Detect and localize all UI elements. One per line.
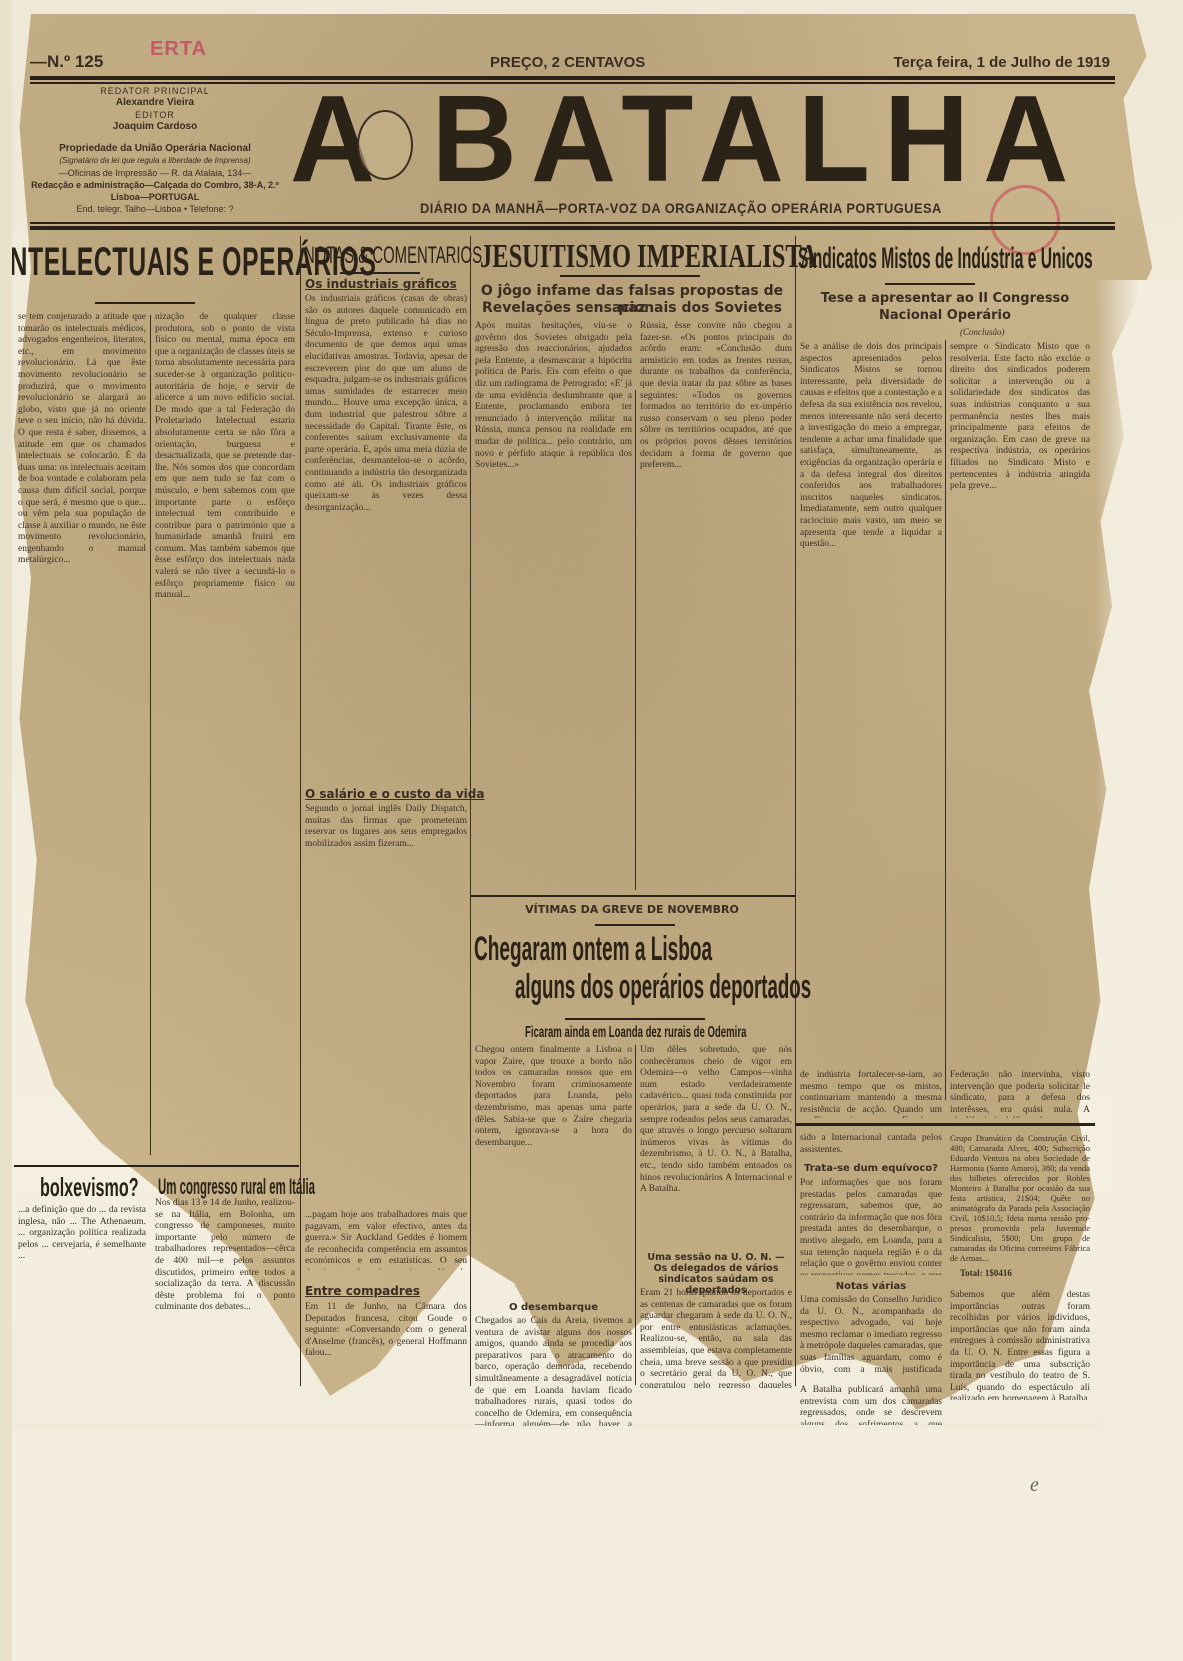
headline-rule — [340, 272, 420, 274]
masthead-bottom-rule — [30, 222, 1115, 224]
column-divider — [300, 236, 301, 1386]
issue-date: Terça feira, 1 de Julho de 1919 — [894, 54, 1111, 71]
sindicatos-col-2-end: Federação não intervinha, visto interven… — [950, 1070, 1090, 1118]
industriais-graficos-text: Os industriais gráficos (casas de obras)… — [305, 294, 467, 784]
column-divider — [795, 236, 796, 1386]
headline-bolxevismo: bolxevismo? — [40, 1172, 139, 1203]
intelectuais-col-1: se tem conjeturado a atitude que tomarão… — [18, 312, 146, 1162]
workshop: —Oficinas de Impressão — R. da Atalaia, … — [30, 167, 280, 179]
tagline: DIÁRIO DA MANHÃ—PORTA-VOZ DA ORGANIZAÇÃO… — [420, 200, 935, 216]
headline-notas-comentarios: NOTAS & COMENTARIOS — [304, 242, 482, 270]
sindicatos-col-1-end: de indústria fortalecer-se-iam, ao mesmo… — [800, 1070, 942, 1118]
section-rule — [470, 895, 795, 897]
sindicatos-subhead: Tese a apresentar ao II Congresso Nacion… — [800, 290, 1090, 324]
column-divider — [635, 1045, 636, 1385]
headline-jesuitismo: JESUITISMO IMPERIALISTA — [480, 238, 818, 276]
section-rule — [14, 1165, 299, 1167]
column-divider — [635, 390, 636, 890]
vitimas-kicker: VÍTIMAS DA GREVE DE NOVEMBRO — [472, 903, 792, 916]
vitimas-headline-2: alguns dos operários deportados — [515, 968, 811, 1007]
sessao-uon-text: Eram 21 horas quando os deportados e as … — [640, 1288, 792, 1388]
column-divider — [945, 340, 946, 1100]
ownership: Propriedade da União Operária Nacional — [30, 143, 280, 155]
section-industriais-graficos: Os industriais gráficos — [305, 277, 457, 291]
section-notas-varias: Notas várias — [800, 1281, 942, 1292]
bolxevismo-text: ...a definição que do ... da revista ing… — [18, 1205, 146, 1425]
headline-congresso-rural: Um congresso rural em Itália — [158, 1174, 315, 1200]
headline-sindicatos-mistos: Sindicatos Mistos de Indústria e Unicos — [798, 242, 1093, 276]
sindicatos-note: (Conclusão) — [960, 327, 1005, 337]
headline-equivoco: Trata-se dum equívoco? — [800, 1163, 942, 1174]
intelectuais-col-2: nização de qualquer classe produtora, so… — [155, 312, 295, 1162]
jesuitismo-col-1: Após muitas hesitações, viu-se o govêrno… — [475, 321, 632, 891]
pencil-mark: e — [1030, 1474, 1039, 1497]
batalha-entrevista-text: A Batalha publicará amanhã uma entrevist… — [800, 1385, 942, 1425]
price: PREÇO, 2 CENTAVOS — [490, 54, 645, 71]
library-seal-icon — [357, 110, 413, 180]
left-binding-edge — [0, 0, 12, 1661]
subscricao-text-2: Sabemos que além destas importâncias out… — [950, 1290, 1090, 1400]
vitimas-col-2: Um dêles sobretudo, que nós conhecêramos… — [640, 1045, 792, 1245]
sindicatos-col-1: Se a análise de dois dos principais aspe… — [800, 342, 942, 1097]
address: Redacção e administração—Calçada do Comb… — [30, 179, 280, 191]
contact: End. telegr. Talho—Lisboa • Telefone: ? — [30, 203, 280, 215]
jesuitismo-subhead-2: Revelações sensacionais dos Sovietes — [472, 300, 792, 317]
column-divider — [150, 315, 151, 1155]
headline-rule — [565, 1018, 705, 1020]
issue-number: —N.º 125 — [30, 52, 103, 72]
city: Lisboa—PORTUGAL — [30, 191, 280, 203]
section-salario-custo-vida: O salário e o custo da vida — [305, 787, 484, 801]
sindicatos-col-2: sempre o Sindicato Misto que o resolveri… — [950, 342, 1090, 1062]
editor-role-2: EDITOR — [30, 109, 280, 121]
subscricao-total: Total: 1$0416 — [960, 1268, 1012, 1278]
section-desembarque: O desembarque — [475, 1302, 632, 1313]
editor-role: REDATOR PRINCIPAL — [30, 85, 280, 97]
jesuitismo-col-2: Rússia, êsse convite não chegou a fazer-… — [640, 321, 792, 891]
torn-right-edge — [1095, 280, 1183, 1440]
editor-name: Alexandre Vieira — [30, 97, 280, 109]
vitimas-col-1: Chegou ontem finalmente a Lisboa o vapor… — [475, 1045, 632, 1300]
section-rule — [795, 1123, 1095, 1126]
ownership-note: (Signatário da lei que regula a liberdad… — [30, 155, 280, 167]
vitimas-headline-1: Chegaram ontem a Lisboa — [474, 930, 712, 969]
congresso-rural-text: Nos dias 13 e 14 de Junho, realizou-se n… — [155, 1198, 295, 1428]
headline-rule — [560, 275, 700, 277]
section-entre-compadres: Entre compadres — [305, 1284, 420, 1298]
headline-rule — [95, 302, 195, 304]
equivoco-text: Por informações que nos foram prestadas … — [800, 1178, 942, 1275]
imprint-box: REDATOR PRINCIPAL Alexandre Vieira EDITO… — [30, 85, 280, 215]
editor-name-2: Joaquim Cardoso — [30, 121, 280, 133]
column-divider — [470, 236, 471, 1386]
notas-varias-text: Uma comissão do Conselho Jurídico da U. … — [800, 1295, 942, 1375]
geddes-text: ...pagam hoje aos trabalhadores mais que… — [305, 1210, 467, 1270]
entre-compadres-text: Em 11 de Junho, na Câmara dos Deputados … — [305, 1302, 467, 1422]
headline-rule — [885, 283, 975, 285]
headline-rule — [595, 924, 675, 926]
salario-text: Segundo o jornal inglês Daily Dispatch, … — [305, 804, 467, 1154]
newspaper-logo: A BATALHA — [290, 81, 1120, 197]
blank-backing-sheet — [0, 1430, 1183, 1661]
masthead-bottom-rule-thick — [30, 226, 1115, 230]
vitimas-subhead: Ficaram ainda em Loanda dez rurais de Od… — [525, 1024, 746, 1042]
equivoco-lead: sido a Internacional cantada pelos assis… — [800, 1133, 942, 1157]
subscricao-list: Grupo Dramático da Construção Civil, 400… — [950, 1133, 1090, 1263]
desembarque-text: Chegados ao Cais da Areia, tivemos a ven… — [475, 1316, 632, 1426]
